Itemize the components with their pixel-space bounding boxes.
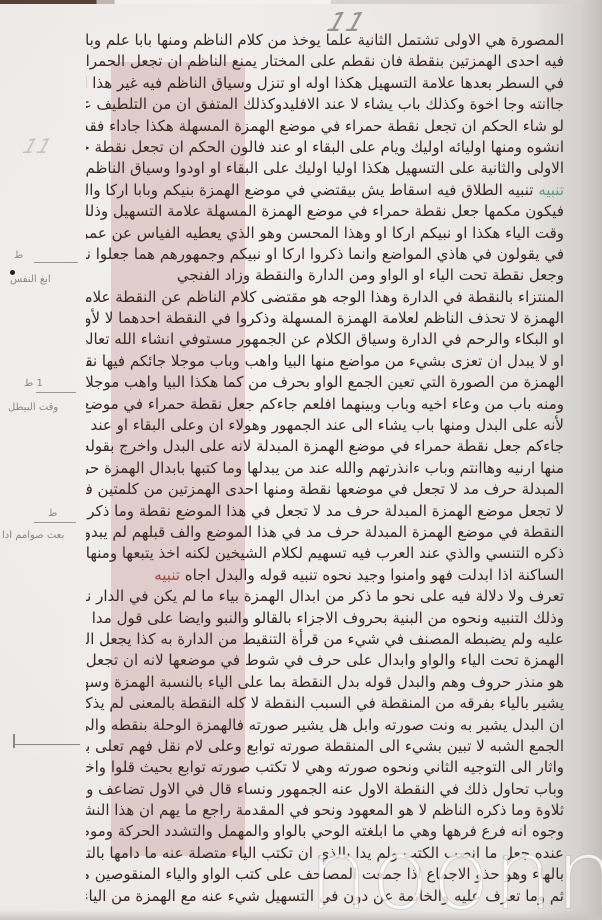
margin-bracket-tick — [13, 734, 15, 748]
text-line: يشير بالياء بفرقه من المنقطة في السبب ال… — [86, 693, 564, 714]
scan-top-edge — [0, 0, 602, 4]
text-line: لو شاء الحكم ان تجعل نقطة حمراء في موضع … — [86, 116, 564, 137]
text-line: هو منذر حروف وهم والبدل قوله بدل النقطة … — [86, 672, 564, 693]
text-line-body: او البكاء والرحم في الدارة وسياق الكلام … — [86, 330, 564, 348]
text-line: المصورة هي الاولى تشتمل الثانية علما يوخ… — [86, 30, 564, 51]
page-right-edge-shadow — [580, 0, 602, 920]
text-line: لأنه على البدل ومنها باب يشاء الى عند ال… — [86, 415, 564, 436]
text-line: وباب تحاول ذلك في النقطة الاول عنه الجمه… — [86, 779, 564, 800]
text-line: الهمزة تحت الياء والواو وابدال على حرف ف… — [86, 650, 564, 671]
text-line: واثار الى التوجيه الثاني ونحوه صورته وهي… — [86, 757, 564, 778]
margin-annotation-line — [34, 522, 76, 523]
text-line: الجمع الشبه لا تبين بشيء الى المنقطة صور… — [86, 736, 564, 757]
text-line-body: يشير بالياء بفرقه من المنقطة في السبب ال… — [86, 694, 564, 712]
text-line: المنتزاء بالنقطة في الدارة وهذا الوجه هو… — [86, 287, 564, 308]
folio-mark-left-faint: 11 — [18, 134, 58, 158]
text-line: في يقولون في هاذي المواضع وانما ذكروا ار… — [86, 244, 564, 265]
text-line: في السطر بعدها علامة التسهيل هكذا اوله ا… — [86, 73, 564, 94]
text-line: وذلك التنبيه ونحوه من البنية بحروف الاجز… — [86, 608, 564, 629]
margin-note-mark: ط — [48, 508, 57, 519]
text-line: انشوه ومنها اوليائه اوليك ويام على البقا… — [86, 137, 564, 158]
margin-annotation-line — [36, 392, 76, 393]
text-line: ومنه باب من وعاء اخيه وباب وبينهما افلعم… — [86, 394, 564, 415]
text-line: تعرف ولا دلالة فيه على نحو ما ذكر من ابد… — [86, 586, 564, 607]
text-line: فيكون مكمها جعل نقطة حمراء في موضع الهمز… — [86, 201, 564, 222]
margin-note-text: بعث صوامم ادا — [2, 530, 64, 541]
text-line: وقت الياء هكذا او نبيكم اركا او وهذا الم… — [86, 223, 564, 244]
text-line: عليه ولم يضبطه المصنف في شيء من قرأة الت… — [86, 629, 564, 650]
text-line: المبدلة حرف مد لا تجعل في موضعها نقطة وم… — [86, 479, 564, 500]
text-line: فيه احدى الهمزتين بنقطة فان نقطم على الم… — [86, 51, 564, 72]
text-line: النقطة في موضع الهمزة المبدلة حرف مد في … — [86, 522, 564, 543]
text-line: الهمزة من الصورة التي تعين الجمع الواو ب… — [86, 372, 564, 393]
text-line: منها ارنيه وهاانتم وباب ءانذرتهم والله ع… — [86, 458, 564, 479]
text-line: ان البدل يشير به ونت صورته وابل هل يشير … — [86, 715, 564, 736]
margin-note-mark: 1 ط — [24, 378, 43, 389]
text-line: ذكره التنسي والذي عند العرب فيه تسهيم لك… — [86, 543, 564, 564]
manuscript-text-block: المصورة هي الاولى تشتمل الثانية علما يوخ… — [86, 30, 564, 850]
manuscript-page: 11 11 ط ابغ النفس 1 ط وقت البيطل ط بعث ص… — [0, 0, 602, 920]
text-line: جاانته وجا اخوة وكذلك باب يشاء لا عند ال… — [86, 94, 564, 115]
text-line: جاءكم جعل نقطة حمراء في موضع الهمزة المب… — [86, 436, 564, 457]
text-line: او لا يبدل ان تعزى بشيء من مواضع منها ال… — [86, 351, 564, 372]
watermark-logo: noonn — [308, 830, 602, 920]
text-line-body: تنبيه الطلاق فيه اسقاط يش بيقتضي في موضع… — [86, 181, 533, 199]
green-rubric: تنبيه — [538, 181, 564, 199]
margin-note-mark: ط — [14, 250, 23, 261]
text-line-body: الساكنة اذا ابدلت فهو وامنوا وجيد نحوه ت… — [185, 566, 564, 584]
text-line: او البكاء والرحم في الدارة وسياق الكلام … — [86, 329, 564, 350]
text-line: الهمزة لا تحذف الناظم لعلامة الهمزة المس… — [86, 308, 564, 329]
text-line: وجعل نقطة تحت الياء او الواو ومن الدارة … — [86, 265, 564, 286]
text-line: الاولى والثانية على التسهيل هكذا اوليا ا… — [86, 158, 564, 179]
text-line: تنبيه تنبيه الطلاق فيه اسقاط يش بيقتضي ف… — [86, 180, 564, 201]
margin-note-text: وقت البيطل — [8, 402, 58, 413]
text-line: الساكنة اذا ابدلت فهو وامنوا وجيد نحوه ت… — [86, 565, 564, 586]
margin-bracket-line — [14, 744, 80, 745]
margin-annotation-line — [34, 262, 78, 263]
text-line: لا تجعل موضع الهمزة المبدلة حرف مد لا تج… — [86, 501, 564, 522]
red-rubric: تنبيه — [154, 566, 180, 584]
margin-note-text: ابغ النفس — [10, 274, 51, 285]
